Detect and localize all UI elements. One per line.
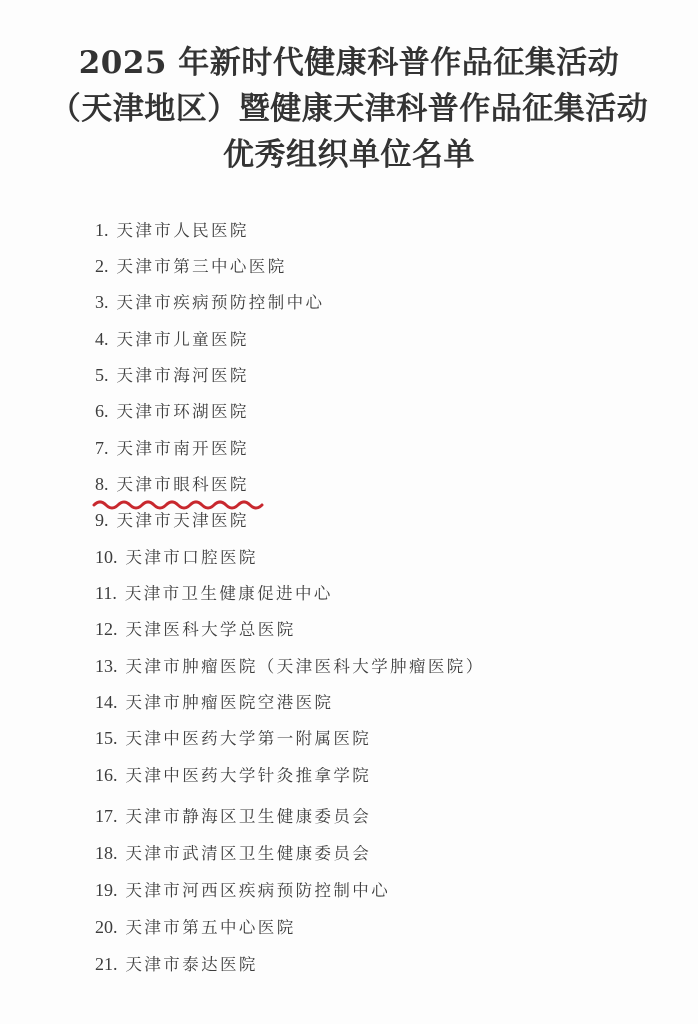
item-number: 7. xyxy=(95,433,109,463)
item-number: 21. xyxy=(95,949,118,979)
item-name: 天津市天津医院 xyxy=(117,511,249,530)
item-number: 12. xyxy=(95,614,118,644)
list-item: 10.天津市口腔医院 xyxy=(95,542,258,572)
list-item: 13.天津市肿瘤医院（天津医科大学肿瘤医院） xyxy=(95,651,485,681)
list-item: 18.天津市武清区卫生健康委员会 xyxy=(95,838,371,868)
item-number: 14. xyxy=(95,687,118,717)
item-number: 3. xyxy=(95,287,109,317)
item-name: 天津市泰达医院 xyxy=(126,955,258,974)
item-number: 11. xyxy=(95,578,117,608)
item-number: 13. xyxy=(95,651,118,681)
red-wavy-underline xyxy=(92,497,267,511)
list-item: 14.天津市肿瘤医院空港医院 xyxy=(95,687,333,717)
list-item: 6.天津市环湖医院 xyxy=(95,396,249,426)
item-name: 天津市卫生健康促进中心 xyxy=(125,584,333,603)
item-number: 6. xyxy=(95,396,109,426)
list-item: 11.天津市卫生健康促进中心 xyxy=(95,578,333,608)
list-item: 17.天津市静海区卫生健康委员会 xyxy=(95,801,371,831)
item-number: 15. xyxy=(95,723,118,753)
item-name: 天津市肿瘤医院（天津医科大学肿瘤医院） xyxy=(126,657,485,676)
list-item: 16.天津中医药大学针灸推拿学院 xyxy=(95,760,371,790)
list-item: 21.天津市泰达医院 xyxy=(95,949,258,979)
item-name: 天津市眼科医院 xyxy=(117,475,249,494)
list-item: 15.天津中医药大学第一附属医院 xyxy=(95,723,371,753)
list-item: 7.天津市南开医院 xyxy=(95,433,249,463)
list-item: 3.天津市疾病预防控制中心 xyxy=(95,287,324,317)
item-name: 天津市静海区卫生健康委员会 xyxy=(126,807,372,826)
item-name: 天津市南开医院 xyxy=(117,439,249,458)
item-number: 4. xyxy=(95,324,109,354)
title-line-2: （天津地区）暨健康天津科普作品征集活动 xyxy=(0,86,698,132)
item-number: 17. xyxy=(95,801,118,831)
item-number: 16. xyxy=(95,760,118,790)
title-line-3: 优秀组织单位名单 xyxy=(0,132,698,178)
list-item: 12.天津医科大学总医院 xyxy=(95,614,296,644)
item-name: 天津市武清区卫生健康委员会 xyxy=(126,844,372,863)
item-number: 20. xyxy=(95,912,118,942)
item-number: 8. xyxy=(95,469,109,499)
list-item: 20.天津市第五中心医院 xyxy=(95,912,296,942)
title-line-1: 2025 年新时代健康科普作品征集活动 xyxy=(0,40,698,86)
item-name: 天津市口腔医院 xyxy=(126,548,258,567)
list-item: 2.天津市第三中心医院 xyxy=(95,251,287,281)
list-item-highlighted: 8.天津市眼科医院 xyxy=(95,469,249,499)
item-number: 18. xyxy=(95,838,118,868)
item-name: 天津市人民医院 xyxy=(117,221,249,240)
item-name: 天津市海河医院 xyxy=(117,366,249,385)
item-name: 天津市河西区疾病预防控制中心 xyxy=(126,881,391,900)
item-name: 天津市第三中心医院 xyxy=(117,257,287,276)
item-number: 2. xyxy=(95,251,109,281)
item-number: 5. xyxy=(95,360,109,390)
list-item: 4.天津市儿童医院 xyxy=(95,324,249,354)
item-name: 天津市疾病预防控制中心 xyxy=(117,293,325,312)
item-name: 天津市第五中心医院 xyxy=(126,918,296,937)
item-name: 天津市儿童医院 xyxy=(117,330,249,349)
list-item: 19.天津市河西区疾病预防控制中心 xyxy=(95,875,390,905)
item-number: 10. xyxy=(95,542,118,572)
list-item: 1.天津市人民医院 xyxy=(95,215,249,245)
document-title: 2025 年新时代健康科普作品征集活动 （天津地区）暨健康天津科普作品征集活动 … xyxy=(0,40,698,178)
item-name: 天津中医药大学针灸推拿学院 xyxy=(126,766,372,785)
item-number: 19. xyxy=(95,875,118,905)
item-number: 1. xyxy=(95,215,109,245)
item-name: 天津中医药大学第一附属医院 xyxy=(126,729,372,748)
item-name: 天津医科大学总医院 xyxy=(126,620,296,639)
item-name: 天津市肿瘤医院空港医院 xyxy=(126,693,334,712)
list-item: 5.天津市海河医院 xyxy=(95,360,249,390)
item-name: 天津市环湖医院 xyxy=(117,402,249,421)
